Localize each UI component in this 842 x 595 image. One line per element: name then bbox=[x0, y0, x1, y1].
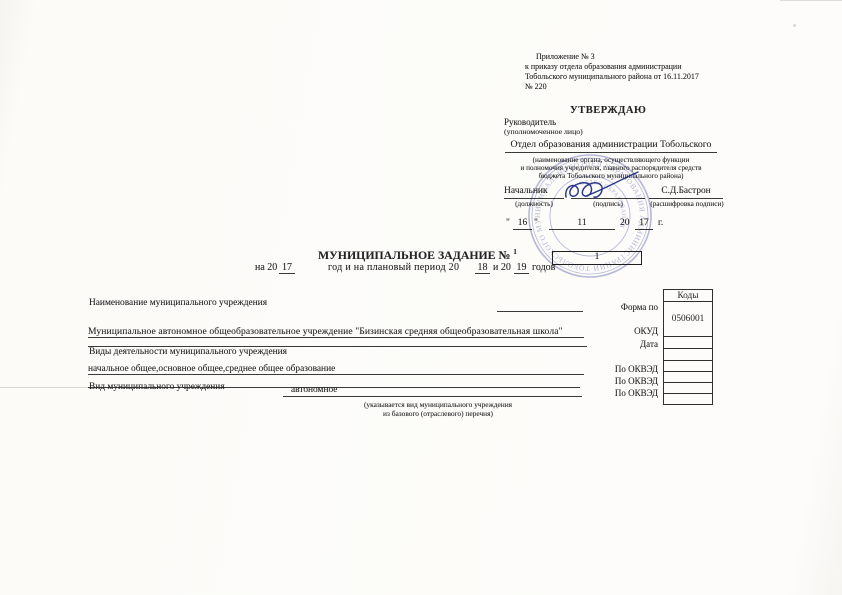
period-year2: 18 bbox=[475, 262, 490, 274]
period-and: и 20 bbox=[493, 262, 511, 273]
approval-role-note: (уполномоченное лицо) bbox=[504, 127, 583, 136]
type-note2: из базового (отраслевого) перечня) bbox=[296, 409, 580, 418]
period-year1: 17 bbox=[279, 262, 295, 274]
activity-value: начальное общее,основное общее,среднее о… bbox=[88, 359, 584, 375]
assignment-number-box: 1 bbox=[552, 251, 642, 265]
scan-artifact-top-edge bbox=[780, 0, 842, 1]
period-prefix: на 20 bbox=[255, 262, 277, 273]
institution-type-value: автономное bbox=[283, 385, 582, 397]
period-suffix: годов bbox=[532, 262, 555, 273]
scan-artifact-left-line bbox=[0, 387, 88, 388]
scanned-document-page: Приложение № 3 к приказу отдела образова… bbox=[0, 0, 842, 595]
continuation-line bbox=[88, 340, 587, 347]
codes-okved-label-2: По ОКВЭД bbox=[600, 376, 658, 386]
activity-label: Виды деятельности муниципального учрежде… bbox=[89, 347, 287, 357]
appendix-line1: Приложение № 3 bbox=[525, 52, 740, 62]
codes-okud-label2: ОКУД bbox=[600, 326, 658, 336]
appendix-block: Приложение № 3 к приказу отдела образова… bbox=[525, 52, 740, 92]
date-year-suffix: г. bbox=[658, 218, 663, 228]
codes-date-label: Дата bbox=[600, 339, 658, 349]
codes-bottom-cell bbox=[663, 393, 713, 405]
codes-okved-label-1: По ОКВЭД bbox=[600, 364, 658, 374]
institution-name-value: Муниципальное автономное общеобразовател… bbox=[88, 320, 584, 338]
blank-line-short bbox=[497, 304, 583, 312]
appendix-line2: к приказу отдела образования администрац… bbox=[525, 62, 740, 72]
title-footnote-mark: 1 bbox=[513, 248, 517, 256]
codes-okud-value-cell: 0506001 bbox=[663, 301, 713, 337]
approval-heading: УТВЕРЖДАЮ bbox=[570, 105, 646, 116]
codes-table: Коды 0506001 bbox=[663, 290, 713, 405]
codes-okved-label-3: По ОКВЭД bbox=[600, 388, 658, 398]
date-open-quote: " bbox=[506, 218, 510, 228]
institution-type-label: Вид муниципального учреждения bbox=[89, 382, 225, 392]
appendix-line3: Тобольского муниципального района от 16.… bbox=[525, 72, 740, 82]
codes-okud-label1: Форма по bbox=[600, 302, 658, 312]
scan-artifact-dot bbox=[793, 24, 796, 27]
document-title: МУНИЦИПАЛЬНОЕ ЗАДАНИЕ № 1 bbox=[318, 248, 517, 263]
document-title-text: МУНИЦИПАЛЬНОЕ ЗАДАНИЕ № bbox=[318, 248, 510, 262]
period-middle: год и на плановый период 20 bbox=[328, 262, 459, 273]
institution-name-label: Наименование муниципального учреждения bbox=[89, 298, 267, 308]
approval-role: Руководитель bbox=[504, 117, 556, 127]
appendix-line4: № 220 bbox=[525, 82, 740, 92]
type-note1: (указывается вид муниципального учрежден… bbox=[296, 400, 580, 409]
period-year3: 19 bbox=[514, 262, 529, 274]
